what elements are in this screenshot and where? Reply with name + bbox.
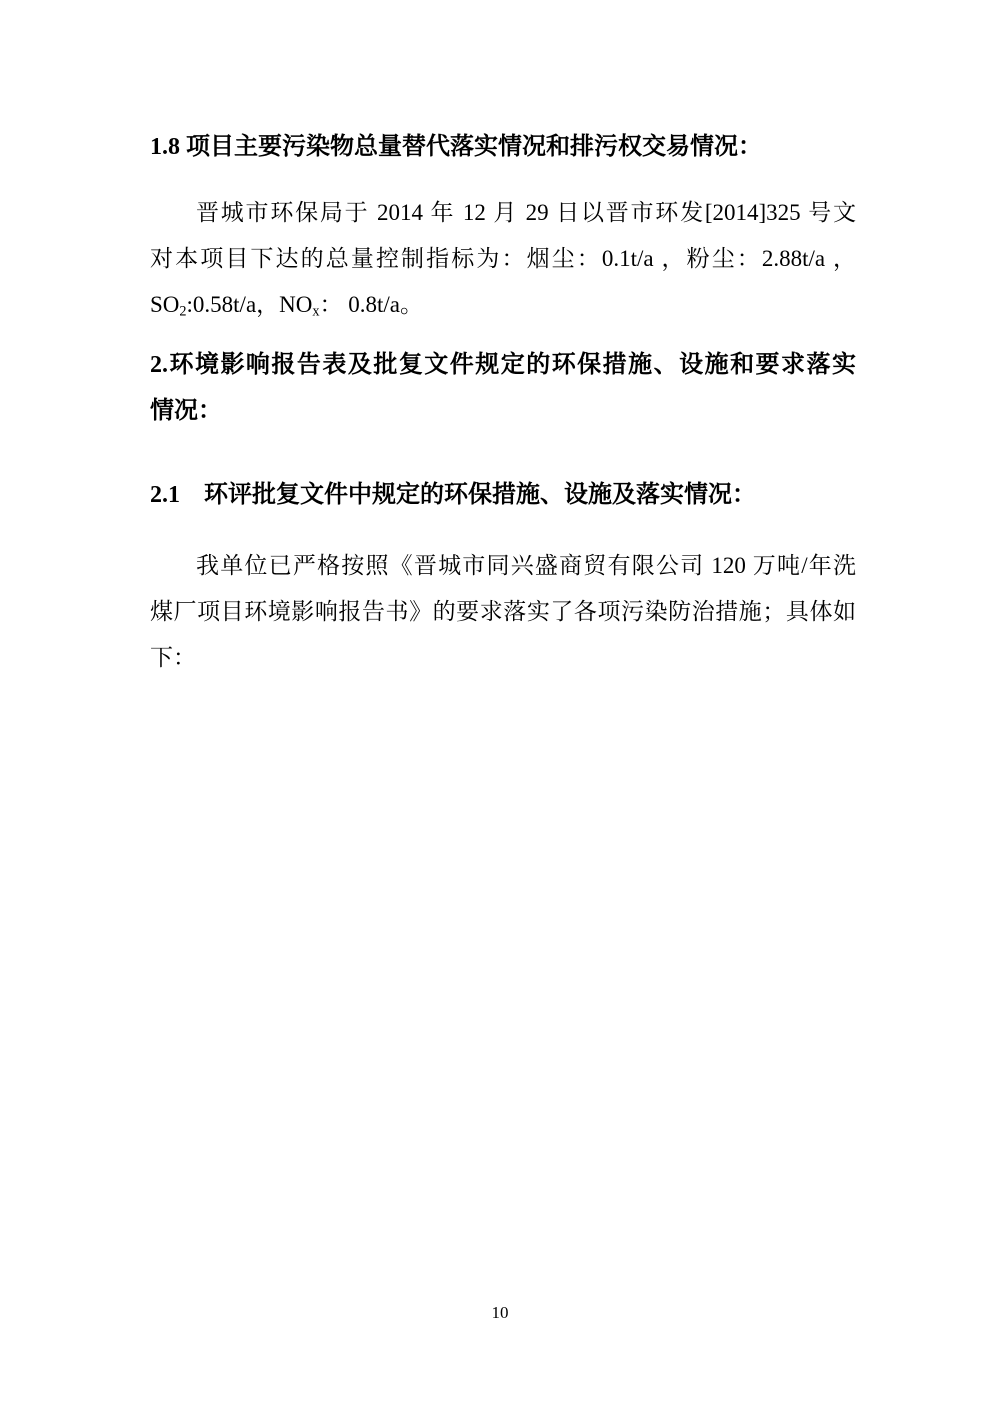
text-line: 对本项目下达的总量控制指标为：烟尘：0.1t/a ，粉尘：2.88t/a ， [150,236,856,282]
text-line: 晋城市环保局于 2014 年 12 月 29 日以晋市环发[2014]325 号… [150,190,856,236]
subscript-2: 2 [179,304,186,320]
nox-value-text: ： 0.8t/a。 [320,292,424,317]
paragraph-quota-indicators: 晋城市环保局于 2014 年 12 月 29 日以晋市环发[2014]325 号… [150,190,856,328]
page-content: 1.8 项目主要污染物总量替代落实情况和排污权交易情况： 晋城市环保局于 201… [150,124,856,681]
quota-values-text: :0.58t/a，NO [187,292,313,317]
heading-1-8-pollutant-quota: 1.8 项目主要污染物总量替代落实情况和排污权交易情况： [150,124,856,170]
chem-so2-text: SO [150,292,179,317]
heading-2-eia-measures: 2.环境影响报告表及批复文件规定的环保措施、设施和要求落实 情况： [150,342,856,434]
text-line: 我单位已严格按照《晋城市同兴盛商贸有限公司 120 万吨/年洗 [150,543,856,589]
paragraph-implementation: 我单位已严格按照《晋城市同兴盛商贸有限公司 120 万吨/年洗 煤厂项目环境影响… [150,543,856,681]
heading-2-1-approval-measures: 2.1 环评批复文件中规定的环保措施、设施及落实情况： [150,472,856,518]
page-number: 10 [0,1303,1000,1323]
heading-line: 2.环境影响报告表及批复文件规定的环保措施、设施和要求落实 [150,342,856,388]
heading-line: 情况： [150,388,856,434]
text-line: 下： [150,635,856,681]
document-page: 1.8 项目主要污染物总量替代落实情况和排污权交易情况： 晋城市环保局于 201… [0,0,1000,1414]
subscript-x: x [312,304,319,320]
text-line: 煤厂项目环境影响报告书》的要求落实了各项污染防治措施；具体如 [150,589,856,635]
text-line: SO2:0.58t/a，NOx： 0.8t/a。 [150,282,856,328]
